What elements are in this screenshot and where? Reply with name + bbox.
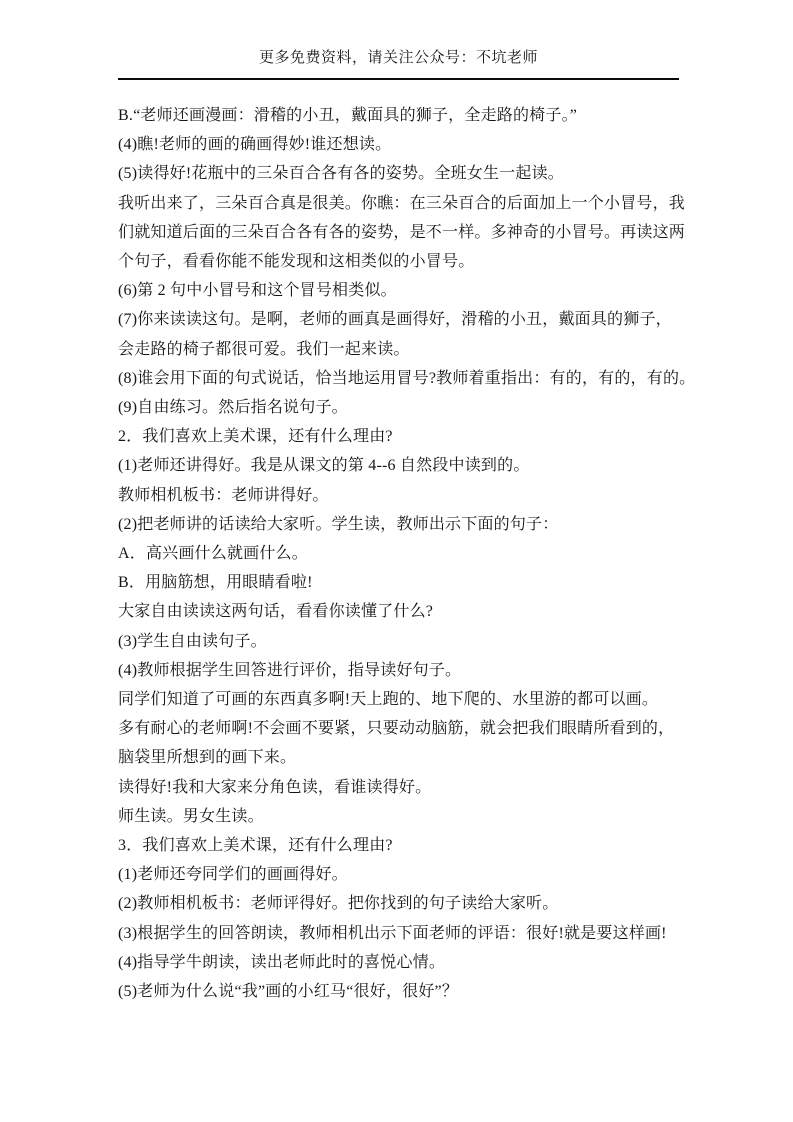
text-line: (4)教师根据学生回答进行评价，指导读好句子。 (118, 656, 718, 685)
text-line: 我听出来了，三朵百合真是很美。你瞧：在三朵百合的后面加上一个小冒号，我 (118, 189, 718, 218)
text-line: (1)老师还夸同学们的画画得好。 (118, 860, 718, 889)
text-line: (2)把老师讲的话读给大家听。学生读，教师出示下面的句子： (118, 510, 718, 539)
text-line: 们就知道后面的三朵百合各有各的姿势，是不一样。多神奇的小冒号。再读这两 (118, 218, 718, 247)
text-line: B.“老师还画漫画：滑稽的小丑，戴面具的狮子，全走路的椅子。” (118, 101, 718, 130)
text-line: 师生读。男女生读。 (118, 802, 718, 831)
text-line: (5)老师为什么说“我”画的小红马“很好，很好”？ (118, 977, 718, 1006)
text-line: 多有耐心的老师啊!不会画不要紧，只要动动脑筋，就会把我们眼睛所看到的， (118, 714, 718, 743)
text-line: (8)谁会用下面的句式说话，恰当地运用冒号?教师着重指出：有的，有的，有的。 (118, 364, 718, 393)
text-line: (3)根据学生的回答朗读，教师相机出示下面老师的评语：很好!就是要这样画! (118, 919, 718, 948)
text-line: A．高兴画什么就画什么。 (118, 539, 718, 568)
header-notice: 更多免费资料，请关注公众号：不坑老师 (259, 50, 538, 66)
text-line: 3．我们喜欢上美术课，还有什么理由? (118, 831, 718, 860)
text-line: (3)学生自由读句子。 (118, 627, 718, 656)
text-line: 读得好!我和大家来分角色读，看谁读得好。 (118, 773, 718, 802)
text-line: 同学们知道了可画的东西真多啊!天上跑的、地下爬的、水里游的都可以画。 (118, 685, 718, 714)
page-header: 更多免费资料，请关注公众号：不坑老师 (118, 48, 679, 80)
text-line: 2．我们喜欢上美术课，还有什么理由? (118, 422, 718, 451)
text-line: (2)教师相机板书：老师评得好。把你找到的句子读给大家听。 (118, 889, 718, 918)
text-line: (4)瞧!老师的画的确画得妙!谁还想读。 (118, 130, 718, 159)
text-line: (6)第 2 句中小冒号和这个冒号相类似。 (118, 276, 718, 305)
text-line: B．用脑筋想，用眼睛看啦! (118, 568, 718, 597)
text-line: 会走路的椅子都很可爱。我们一起来读。 (118, 335, 718, 364)
text-line: (1)老师还讲得好。我是从课文的第 4--6 自然段中读到的。 (118, 451, 718, 480)
text-line: (9)自由练习。然后指名说句子。 (118, 393, 718, 422)
document-page: 更多免费资料，请关注公众号：不坑老师 B.“老师还画漫画：滑稽的小丑，戴面具的狮… (0, 0, 793, 1122)
text-line: (5)读得好!花瓶中的三朵百合各有各的姿势。全班女生一起读。 (118, 159, 718, 188)
text-line: 教师相机板书：老师讲得好。 (118, 481, 718, 510)
text-line: 大家自由读读这两句话，看看你读懂了什么? (118, 597, 718, 626)
text-line: 个句子，看看你能不能发现和这相类似的小冒号。 (118, 247, 718, 276)
text-line: (4)指导学牛朗读，读出老师此时的喜悦心情。 (118, 948, 718, 977)
text-line: 脑袋里所想到的画下来。 (118, 743, 718, 772)
document-body: B.“老师还画漫画：滑稽的小丑，戴面具的狮子，全走路的椅子。” (4)瞧!老师的… (118, 101, 718, 1006)
text-line: (7)你来读读这句。是啊，老师的画真是画得好，滑稽的小丑，戴面具的狮子， (118, 305, 718, 334)
